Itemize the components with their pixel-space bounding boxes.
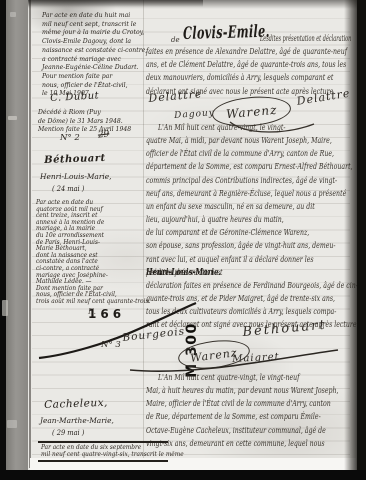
crossed-out-number: 29: [98, 130, 110, 140]
text-line: L'An Mil huit cent quatre-vingt, le ving…: [158, 121, 304, 134]
page-left-edge: [29, 0, 31, 468]
page-right-shadow: [344, 0, 357, 470]
text-line: Jeanne-Eugénie-Céline Dudart.: [42, 63, 139, 72]
text-line: Décédé à Riom (Puy: [38, 108, 137, 117]
page-top-shadow-dark: [28, 0, 203, 7]
text-line: ans, et de Clément Delattre, âgé de quar…: [146, 58, 301, 71]
text-line: même jour à la mairie du Crotoy,: [42, 28, 139, 37]
text-line: nous, officier de l'État-civil,: [42, 81, 139, 90]
film-artifact: [10, 12, 16, 17]
act-number-2: N° 2: [60, 134, 80, 143]
margin-index-cacheleux-name: Cacheleux,: [44, 398, 108, 411]
text-line: Henri-Louis-Marie,: [40, 170, 112, 183]
text-line: vingt-six ans, demeurant en cette commun…: [146, 437, 301, 450]
text-line: rant avec lui, et auquel enfant il a déc…: [146, 253, 301, 266]
margin-note-boxed-lines: Par acte en date du six septembremil neu…: [41, 445, 165, 458]
text-line: de Dôme) le 31 Mars 1948.: [38, 117, 137, 126]
text-line: mil neuf cent quatre-vingt-six, transcri…: [41, 452, 159, 459]
text-line: commis principal des Contributions indir…: [146, 174, 301, 187]
text-line: de Rue, département de la Somme, est com…: [146, 410, 301, 423]
film-artifact: [7, 420, 17, 428]
margin-note-marriage-1907: Par acte en date du huit maimil neuf cen…: [42, 11, 146, 98]
text-line: ( 29 mai ): [52, 427, 114, 440]
text-line: deux manouvriers, domiciliés à Arry, les…: [146, 71, 301, 84]
text-line: quatre Mai, à midi, par devant nous Ware…: [146, 134, 301, 147]
text-line: ( 24 mai ): [52, 183, 112, 196]
film-border-right: [357, 0, 366, 470]
text-line: Maire, officier de l'État civil de la co…: [146, 397, 301, 410]
act-number-3: N° 3: [101, 341, 121, 350]
text-line: Jean-Marthe-Marie,: [40, 414, 114, 427]
text-line: son épouse, sans profession, âgée de vin…: [146, 239, 301, 252]
text-line: un enfant du sexe masculin, né en sa dem…: [146, 200, 301, 213]
text-line: neuf ans, demeurant à Regnière-Écluse, l…: [146, 187, 301, 200]
act-3-text: L'An Mil huit cent quatre-vingt, le ving…: [146, 371, 352, 450]
text-line: naissance est constatée ci-contre,: [42, 46, 139, 55]
margin-note-marriage-1913: Par acte en date duquatorze août mil neu…: [36, 200, 146, 306]
film-strip-left: [6, 0, 28, 470]
text-line: mil neuf cent sept, transcrit le: [42, 20, 139, 29]
text-line: Par acte en date du huit mai: [42, 11, 139, 20]
text-line: a contracté mariage avec: [42, 55, 139, 64]
text-line: Lesdites présentation et déclaration: [260, 32, 315, 45]
margin-note-death-1948: Décédé à Riom (Puyde Dôme) le 31 Mars 19…: [38, 108, 144, 134]
text-line: Octave-Eugène Cacheleux, instituteur com…: [146, 424, 301, 437]
film-artifact: [8, 116, 17, 120]
margin-index-bethouart: Henri-Louis-Marie,( 24 mai ): [40, 170, 115, 196]
text-line: L'An Mil huit cent quatre-vingt, le ving…: [158, 371, 304, 384]
text-line: lieu, aujourd'hui, à quatre heures du ma…: [146, 213, 301, 226]
text-line: déclaration faites en présence de Ferdin…: [146, 279, 301, 292]
name-line-suffix: Lesdites présentation et: [146, 266, 222, 279]
film-border-bottom: [0, 470, 366, 480]
microfilm-scan-frame: Par acte en date du huit maimil neuf cen…: [0, 0, 366, 480]
text-line: Pour mention faite par: [42, 72, 139, 81]
text-line: Mention faite le 25 Avril 1948: [38, 125, 137, 134]
margin-index-cacheleux: Jean-Marthe-Marie,( 29 mai ): [40, 414, 118, 440]
text-line: de lui comparant et de Géronine-Clémence…: [146, 226, 301, 239]
film-artifact: [2, 300, 8, 316]
text-line: Mai, à huit heures du matin, par devant …: [146, 384, 301, 397]
act-1-text: Lesdites présentation et déclarationfait…: [146, 32, 352, 98]
act-2-text-upper: L'An Mil huit cent quatre-vingt, le ving…: [146, 121, 352, 266]
text-line: département de la Somme, est comparu Ern…: [146, 160, 301, 173]
text-line: officier de l'État civil de la commune d…: [146, 147, 301, 160]
text-line: faites en présence de Alexandre Delattre…: [146, 45, 301, 58]
text-line: Clovis-Emile Dagouy, dont la: [42, 37, 139, 46]
margin-note-boxed: Par acte en date du six septembremil neu…: [38, 441, 168, 462]
